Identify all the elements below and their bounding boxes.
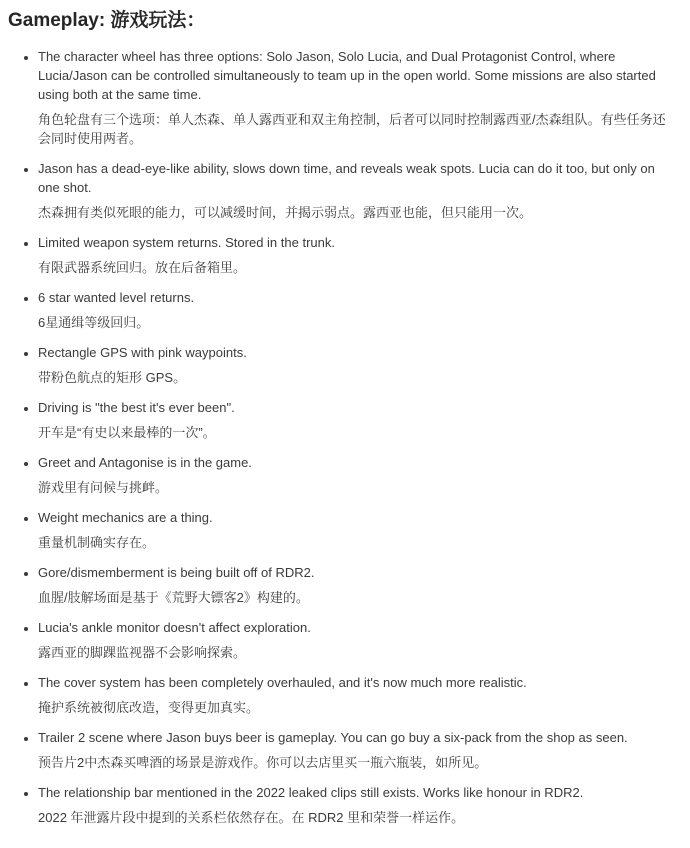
bullet-text-zh: 2022 年泄露片段中提到的关系栏依然存在。在 RDR2 里和荣誉一样运作。 (38, 808, 674, 827)
list-item: Rectangle GPS with pink waypoints. 带粉色航点… (38, 343, 674, 387)
bullet-text-en: Rectangle GPS with pink waypoints. (38, 343, 674, 362)
bullet-text-en: The cover system has been completely ove… (38, 673, 674, 692)
list-item: The character wheel has three options: S… (38, 47, 674, 148)
list-item: Lucia's ankle monitor doesn't affect exp… (38, 618, 674, 662)
gameplay-bullet-list: The character wheel has three options: S… (8, 47, 674, 827)
bullet-text-en: Jason has a dead-eye-like ability, slows… (38, 159, 674, 197)
list-item: Trailer 2 scene where Jason buys beer is… (38, 728, 674, 772)
list-item: Gore/dismemberment is being built off of… (38, 563, 674, 607)
bullet-text-en: Driving is "the best it's ever been". (38, 398, 674, 417)
document: Gameplay: 游戏玩法： The character wheel has … (0, 0, 690, 848)
bullet-text-en: 6 star wanted level returns. (38, 288, 674, 307)
bullet-text-zh: 有限武器系统回归。放在后备箱里。 (38, 258, 674, 277)
list-item: Weight mechanics are a thing. 重量机制确实存在。 (38, 508, 674, 552)
list-item: The cover system has been completely ove… (38, 673, 674, 717)
list-item: Greet and Antagonise is in the game. 游戏里… (38, 453, 674, 497)
bullet-text-en: Gore/dismemberment is being built off of… (38, 563, 674, 582)
list-item: Limited weapon system returns. Stored in… (38, 233, 674, 277)
bullet-text-zh: 6星通缉等级回归。 (38, 313, 674, 332)
bullet-text-en: Lucia's ankle monitor doesn't affect exp… (38, 618, 674, 637)
bullet-text-zh: 血腥/肢解场面是基于《荒野大镖客2》构建的。 (38, 588, 674, 607)
list-item: The relationship bar mentioned in the 20… (38, 783, 674, 827)
bullet-text-zh: 开车是“有史以来最棒的一次”。 (38, 423, 674, 442)
list-item: Driving is "the best it's ever been". 开车… (38, 398, 674, 442)
list-item: Jason has a dead-eye-like ability, slows… (38, 159, 674, 222)
bullet-text-zh: 露西亚的脚踝监视器不会影响探索。 (38, 643, 674, 662)
bullet-text-zh: 角色轮盘有三个选项：单人杰森、单人露西亚和双主角控制，后者可以同时控制露西亚/杰… (38, 110, 674, 148)
bullet-text-zh: 游戏里有问候与挑衅。 (38, 478, 674, 497)
bullet-text-en: Weight mechanics are a thing. (38, 508, 674, 527)
bullet-text-zh: 杰森拥有类似死眼的能力，可以减缓时间，并揭示弱点。露西亚也能，但只能用一次。 (38, 203, 674, 222)
bullet-text-en: Limited weapon system returns. Stored in… (38, 233, 674, 252)
bullet-text-en: Trailer 2 scene where Jason buys beer is… (38, 728, 674, 747)
bullet-text-zh: 重量机制确实存在。 (38, 533, 674, 552)
bullet-text-zh: 掩护系统被彻底改造，变得更加真实。 (38, 698, 674, 717)
page-title: Gameplay: 游戏玩法： (8, 8, 674, 34)
list-item: 6 star wanted level returns. 6星通缉等级回归。 (38, 288, 674, 332)
bullet-text-zh: 带粉色航点的矩形 GPS。 (38, 368, 674, 387)
bullet-text-en: Greet and Antagonise is in the game. (38, 453, 674, 472)
bullet-text-zh: 预告片2中杰森买啤酒的场景是游戏作。你可以去店里买一瓶六瓶装，如所见。 (38, 753, 674, 772)
bullet-text-en: The relationship bar mentioned in the 20… (38, 783, 674, 802)
bullet-text-en: The character wheel has three options: S… (38, 47, 674, 104)
